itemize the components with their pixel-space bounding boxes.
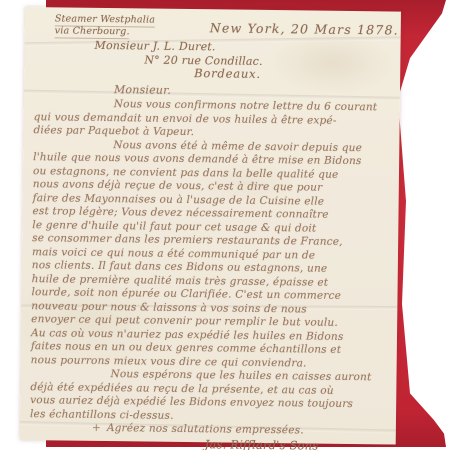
dateline: New York, 20 Mars 1878. [210,21,399,37]
letter-paper: Steamer Westphalia via Cherbourg. New Yo… [20,7,401,445]
closing-text: Agréez nos salutations empressées. [107,422,304,436]
recipient-city: Bordeaux. [194,67,392,83]
signature: Jas. Rifflard's Sons [205,437,319,450]
letter-photo: Steamer Westphalia via Cherbourg. New Yo… [0,0,450,450]
letter-content: Steamer Westphalia via Cherbourg. New Yo… [20,7,401,450]
closing-mark: + [92,422,101,434]
letter-body: Nous vous confirmons notre lettre du 6 c… [30,97,392,425]
salutation: Monsieur. [114,83,392,100]
